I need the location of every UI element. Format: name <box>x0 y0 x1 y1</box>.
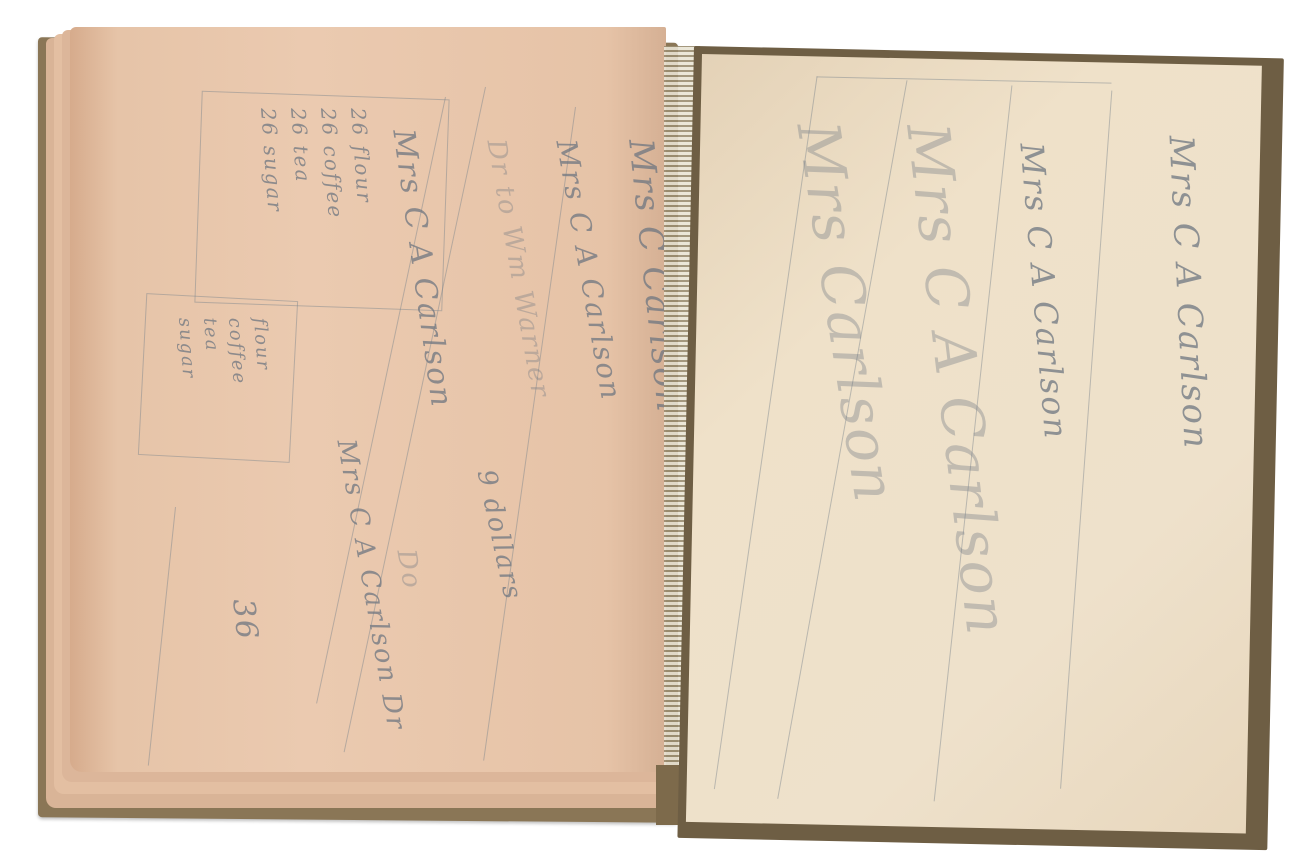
ledger-item: sugar <box>174 317 199 380</box>
handwriting-dollars: 9 dollars <box>471 467 528 603</box>
handwriting-heading: Mrs C A Carlson <box>1160 134 1215 450</box>
notebook-photo: Antique open notebook with pencil handwr… <box>0 0 1300 858</box>
handwriting-column: Mrs C A Carlson <box>893 119 1022 639</box>
photo-subject: Antique open notebook with pencil handwr… <box>0 0 1 1</box>
handwriting-column: Mrs Carlson <box>784 117 910 507</box>
ledger-item: tea <box>199 317 222 353</box>
ledger-item: flour <box>249 317 274 372</box>
pencil-frame-top <box>817 76 1112 83</box>
handwriting-column: Mrs C A Carlson <box>550 137 628 403</box>
pencil-rule <box>1060 91 1112 789</box>
left-page: Mrs C Carlson Mrs C A Carlson Dr to Wm W… <box>70 27 666 772</box>
right-page: Mrs C A Carlson Mrs C A Carlson Mrs C A … <box>686 54 1262 834</box>
handwriting-number: 36 <box>225 597 264 643</box>
pencil-rule <box>148 507 176 766</box>
handwriting-column-sub: Dr to Wm Warner <box>480 137 555 401</box>
handwriting-ditto: Do <box>390 547 427 592</box>
handwriting-column: Mrs C A Carlson <box>1012 141 1075 441</box>
